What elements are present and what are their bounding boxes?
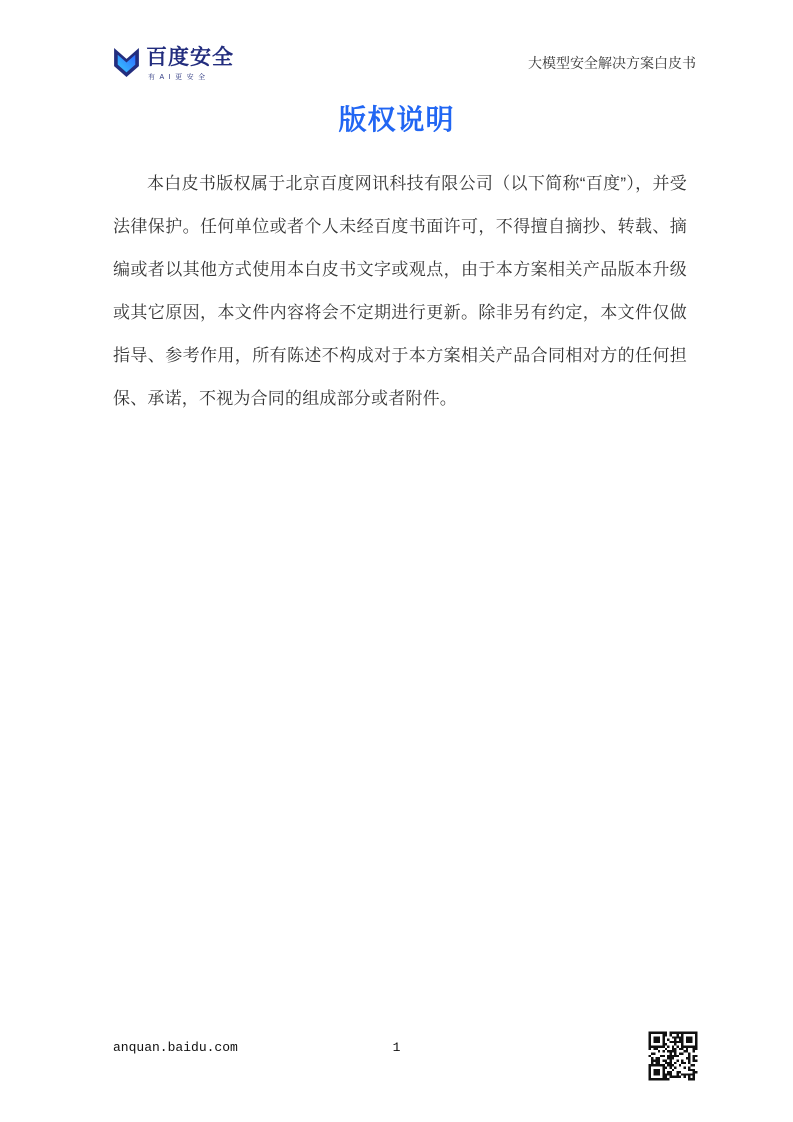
- page-header: 百度安全 有AI更安全 大模型安全解决方案白皮书: [113, 45, 696, 87]
- logo-tagline: 有AI更安全: [146, 73, 234, 83]
- header-doc-title: 大模型安全解决方案白皮书: [528, 53, 696, 73]
- baidu-security-logo: 百度安全 有AI更安全: [113, 45, 234, 83]
- logo-text-block: 百度安全 有AI更安全: [146, 45, 234, 83]
- qr-code: [644, 1027, 702, 1085]
- copyright-paragraph: 本白皮书版权属于北京百度网讯科技有限公司（以下简称“百度”），并受法律保护。任何…: [113, 162, 687, 420]
- logo-brand-text: 百度安全: [146, 45, 234, 71]
- page-title: 版权说明: [0, 98, 793, 138]
- document-page: 百度安全 有AI更安全 大模型安全解决方案白皮书 版权说明 本白皮书版权属于北京…: [0, 0, 793, 1122]
- shield-envelope-logo-icon: [113, 47, 140, 83]
